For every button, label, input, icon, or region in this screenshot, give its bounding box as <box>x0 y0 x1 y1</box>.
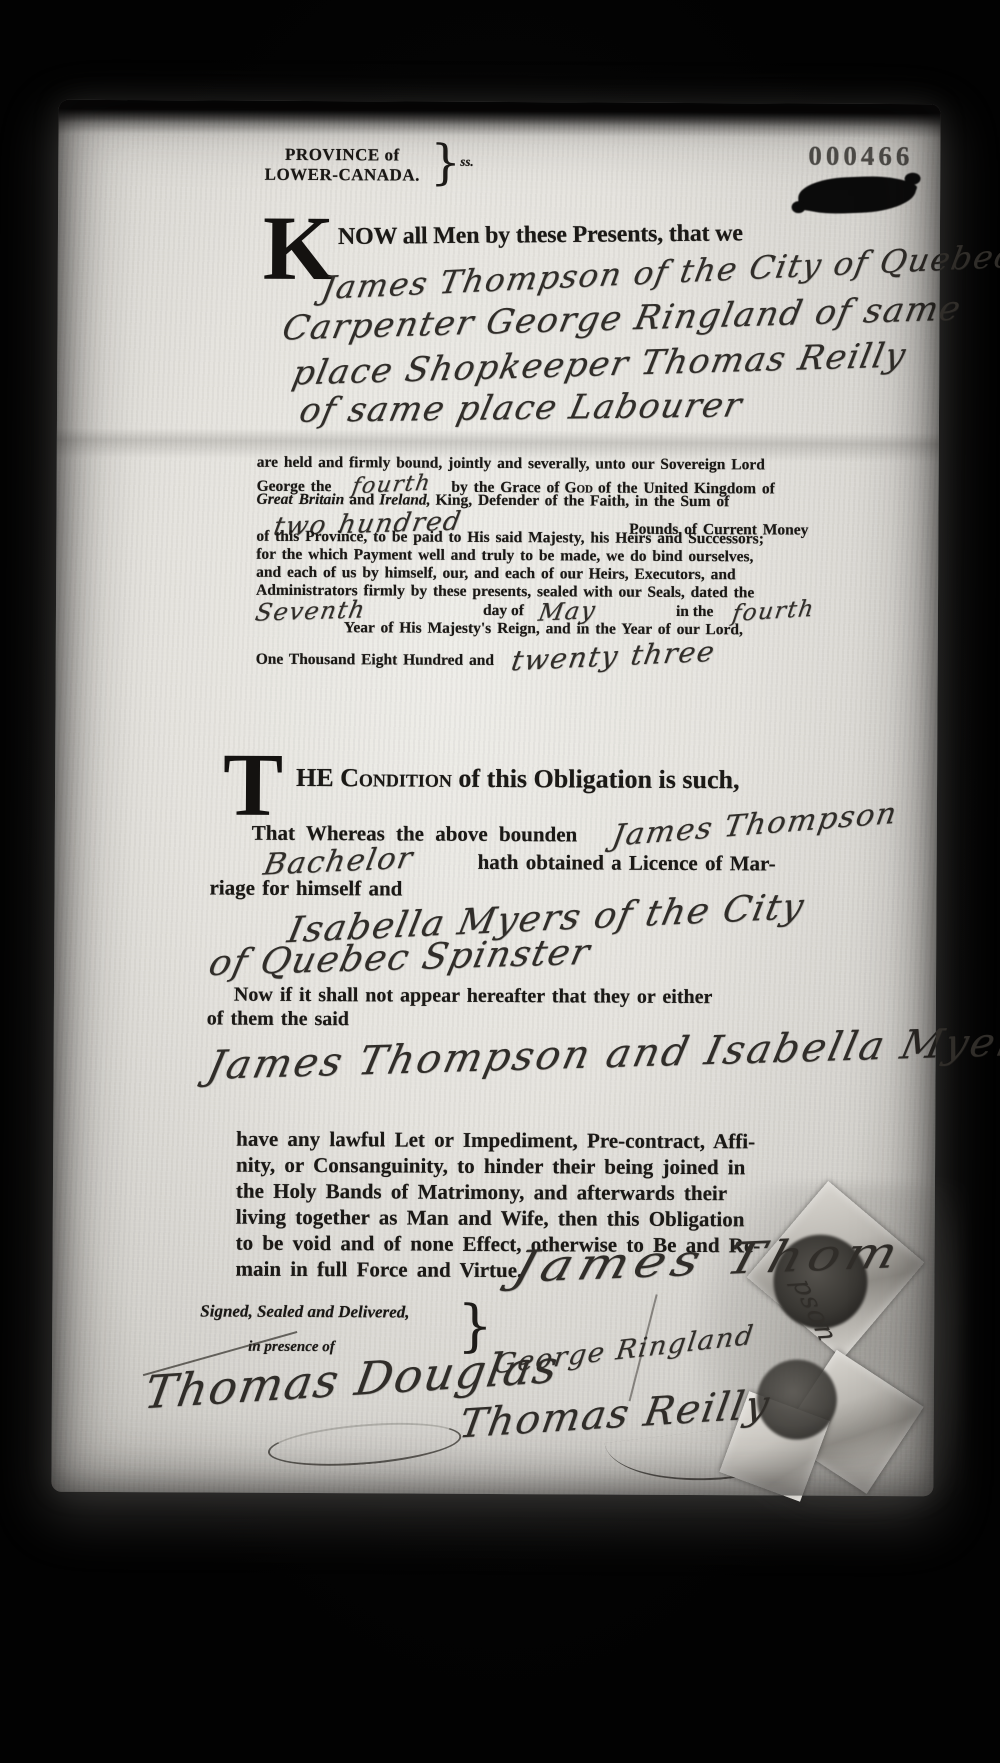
attestation-label: Signed, Sealed and Delivered, <box>200 1301 409 1322</box>
bond-text: One Thousand Eight Hundred and <box>256 651 494 670</box>
witness-signature-loop <box>266 1416 463 1472</box>
handwritten-regnal-year: fourth <box>731 596 817 627</box>
opening-heading: NOW all Men by these Presents, that we <box>338 220 743 251</box>
bond-text: King, Defender of the Faith, in the Sum … <box>435 492 729 512</box>
ss-brace: } <box>430 135 461 191</box>
condition-heading-he: HE <box>296 763 334 792</box>
closing-line: nity, or Consanguinity, to hinder their … <box>236 1153 761 1181</box>
province-heading: PROVINCE of LOWER-CANADA. <box>256 145 428 186</box>
handwritten-groom-name: James Thompson <box>609 796 900 854</box>
condition-heading-rest: of this Obligation is such, <box>458 764 739 794</box>
province-line-1: PROVINCE of <box>256 145 428 166</box>
closing-line: living together as Man and Wife, then th… <box>236 1205 761 1233</box>
licence-line-2: riage for himself and <box>209 876 402 902</box>
proviso-line-1: Now if it shall not appear hereafter tha… <box>234 984 713 1010</box>
handwritten-party-line: of same place Labourer <box>296 385 747 430</box>
licence-line-1: hath obtained a Licence of Mar- <box>478 850 776 877</box>
bond-text: and <box>349 491 374 509</box>
condition-heading: HE Condition of this Obligation is such, <box>296 763 740 795</box>
ink-stamp-blot <box>798 175 917 216</box>
condition-dropcap: T <box>223 751 283 822</box>
bond-text: in the <box>676 603 714 621</box>
province-line-2: LOWER-CANADA. <box>256 165 428 186</box>
handwritten-year: twenty three <box>509 635 718 677</box>
serial-number: 000466 <box>808 141 913 173</box>
paper-top-edge-shadow <box>58 100 940 139</box>
closing-line: have any lawful Let or Impediment, Pre-c… <box>236 1127 761 1155</box>
paper-sheet: 000466 PROVINCE of LOWER-CANADA. } ss. K… <box>51 100 940 1497</box>
condition-heading-smallcaps: Condition <box>340 763 452 793</box>
bond-line: One Thousand Eight Hundred and twenty th… <box>256 638 715 673</box>
bond-text: day of <box>483 602 524 620</box>
handwritten-bride-line-2: of Quebec Spinster <box>205 932 594 984</box>
bond-text-italic: Great Britain <box>257 491 345 509</box>
ss-abbreviation: ss. <box>460 154 473 170</box>
closing-line: the Holy Bands of Matrimony, and afterwa… <box>236 1179 761 1207</box>
proviso-line-2: of them the said <box>207 1007 349 1031</box>
document-scan-background: 000466 PROVINCE of LOWER-CANADA. } ss. K… <box>0 0 1000 1763</box>
